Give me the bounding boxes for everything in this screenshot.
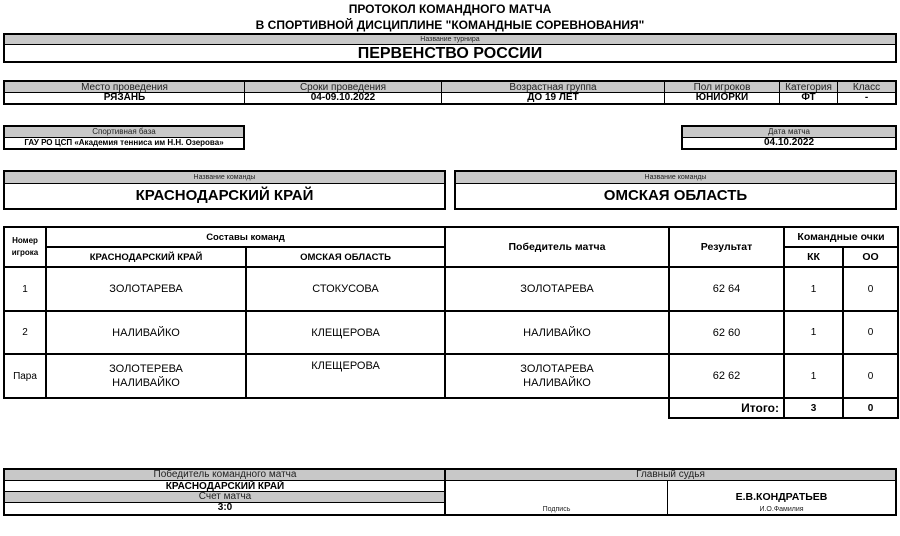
team1-points: 1 [784,311,843,354]
team2-points: 0 [843,354,898,398]
chief-judge-label: Главный судья [446,470,895,481]
match-result: 62 64 [669,267,784,311]
team1-pair-player-b: НАЛИВАЙКО [47,376,245,390]
chief-judge-box: Главный судья Подпись Е.В.КОНДРАТЬЕВ И.О… [444,468,897,516]
team1-player: ЗОЛОТАРЕВА [46,267,246,311]
results-table: Номер игрока Составы команд Победитель м… [3,226,899,419]
dates-value: 04-09.10.2022 [245,93,442,103]
team2-player: КЛЕЩЕРОВА [246,354,445,398]
sports-base-box: Спортивная база ГАУ РО ЦСП «Академия тен… [3,125,245,150]
match-winner: ЗОЛОТАРЕВА [445,267,669,311]
total-team1-points: 3 [784,398,843,418]
rosters-header: Составы команд [46,227,445,247]
team1-roster-header: КРАСНОДАРСКИЙ КРАЙ [46,247,246,267]
team2-box: Название команды ОМСКАЯ ОБЛАСТЬ [454,170,897,210]
team2-name: ОМСКАЯ ОБЛАСТЬ [456,184,895,208]
team1-points: 1 [784,267,843,311]
result-header: Результат [669,227,784,267]
team1-points-header: КК [784,247,843,267]
class-label: Класс [838,82,895,92]
match-result: 62 60 [669,311,784,354]
category-value: ФТ [780,93,838,103]
total-team2-points: 0 [843,398,898,418]
team1-player: НАЛИВАЙКО [46,311,246,354]
team2-roster-header: ОМСКАЯ ОБЛАСТЬ [246,247,445,267]
signature-cell: Подпись [446,481,668,514]
winner-header: Победитель матча [445,227,669,267]
match-date-label: Дата матча [683,127,895,138]
team2-player: КЛЕЩЕРОВА [246,311,445,354]
age-group-value: ДО 19 ЛЕТ [442,93,665,103]
judge-name-label: И.О.Фамилия [668,506,895,513]
class-value: - [838,93,895,103]
score-value: 3:0 [5,503,445,513]
team-match-winner-box: Победитель командного матча КРАСНОДАРСКИ… [3,468,447,516]
tournament-name: ПЕРВЕНСТВО РОССИИ [5,45,895,62]
player-number: 2 [4,311,46,354]
player-number: Пара [4,354,46,398]
total-row: Итого: 3 0 [4,398,898,418]
winner-value: КРАСНОДАРСКИЙ КРАЙ [5,481,445,492]
table-row: Пара ЗОЛОТЕРЕВА НАЛИВАЙКО КЛЕЩЕРОВА ЗОЛО… [4,354,898,398]
team1-pair-player-a: ЗОЛОТЕРЕВА [47,362,245,376]
gender-label: Пол игроков [665,82,780,92]
judge-name-cell: Е.В.КОНДРАТЬЕВ И.О.Фамилия [668,481,895,514]
age-group-label: Возрастная группа [442,82,665,92]
judge-name: Е.В.КОНДРАТЬЕВ [668,491,895,503]
team1-name: КРАСНОДАРСКИЙ КРАЙ [5,184,444,208]
match-date-box: Дата матча 04.10.2022 [681,125,897,150]
team1-box: Название команды КРАСНОДАРСКИЙ КРАЙ [3,170,446,210]
tournament-box: Название турнира ПЕРВЕНСТВО РОССИИ [3,33,897,63]
team2-points: 0 [843,311,898,354]
category-label: Категория [780,82,838,92]
total-label: Итого: [669,398,784,418]
tournament-label: Название турнира [5,35,895,45]
table-row: 1 ЗОЛОТАРЕВА СТОКУСОВА ЗОЛОТАРЕВА 62 64 … [4,267,898,311]
team2-label: Название команды [456,172,895,184]
info-box: Место проведения Сроки проведения Возрас… [3,80,897,105]
venue-label: Место проведения [5,82,245,92]
player-number: 1 [4,267,46,311]
winner-pair-player-a: ЗОЛОТАРЕВА [446,362,668,376]
team2-points-header: ОО [843,247,898,267]
venue-value: РЯЗАНЬ [5,93,245,103]
signature-label: Подпись [446,506,667,513]
dates-label: Сроки проведения [245,82,442,92]
team-points-header: Командные очки [784,227,898,247]
match-winner-pair: ЗОЛОТАРЕВА НАЛИВАЙКО [445,354,669,398]
document-title: ПРОТОКОЛ КОМАНДНОГО МАТЧА [0,2,900,16]
match-date-value: 04.10.2022 [683,138,895,148]
match-result: 62 62 [669,354,784,398]
player-number-header: Номер игрока [4,227,46,267]
gender-value: ЮНИОРКИ [665,93,780,103]
score-label: Счет матча [5,492,445,503]
winner-pair-player-b: НАЛИВАЙКО [446,376,668,390]
winner-label: Победитель командного матча [5,470,445,481]
document-subtitle: В СПОРТИВНОЙ ДИСЦИПЛИНЕ "КОМАНДНЫЕ СОРЕВ… [0,18,900,32]
team2-points: 0 [843,267,898,311]
sports-base-value: ГАУ РО ЦСП «Академия тенниса им Н.Н. Озе… [5,138,243,148]
match-winner: НАЛИВАЙКО [445,311,669,354]
table-row: 2 НАЛИВАЙКО КЛЕЩЕРОВА НАЛИВАЙКО 62 60 1 … [4,311,898,354]
team1-label: Название команды [5,172,444,184]
team1-points: 1 [784,354,843,398]
team1-pair: ЗОЛОТЕРЕВА НАЛИВАЙКО [46,354,246,398]
team2-player: СТОКУСОВА [246,267,445,311]
sports-base-label: Спортивная база [5,127,243,138]
